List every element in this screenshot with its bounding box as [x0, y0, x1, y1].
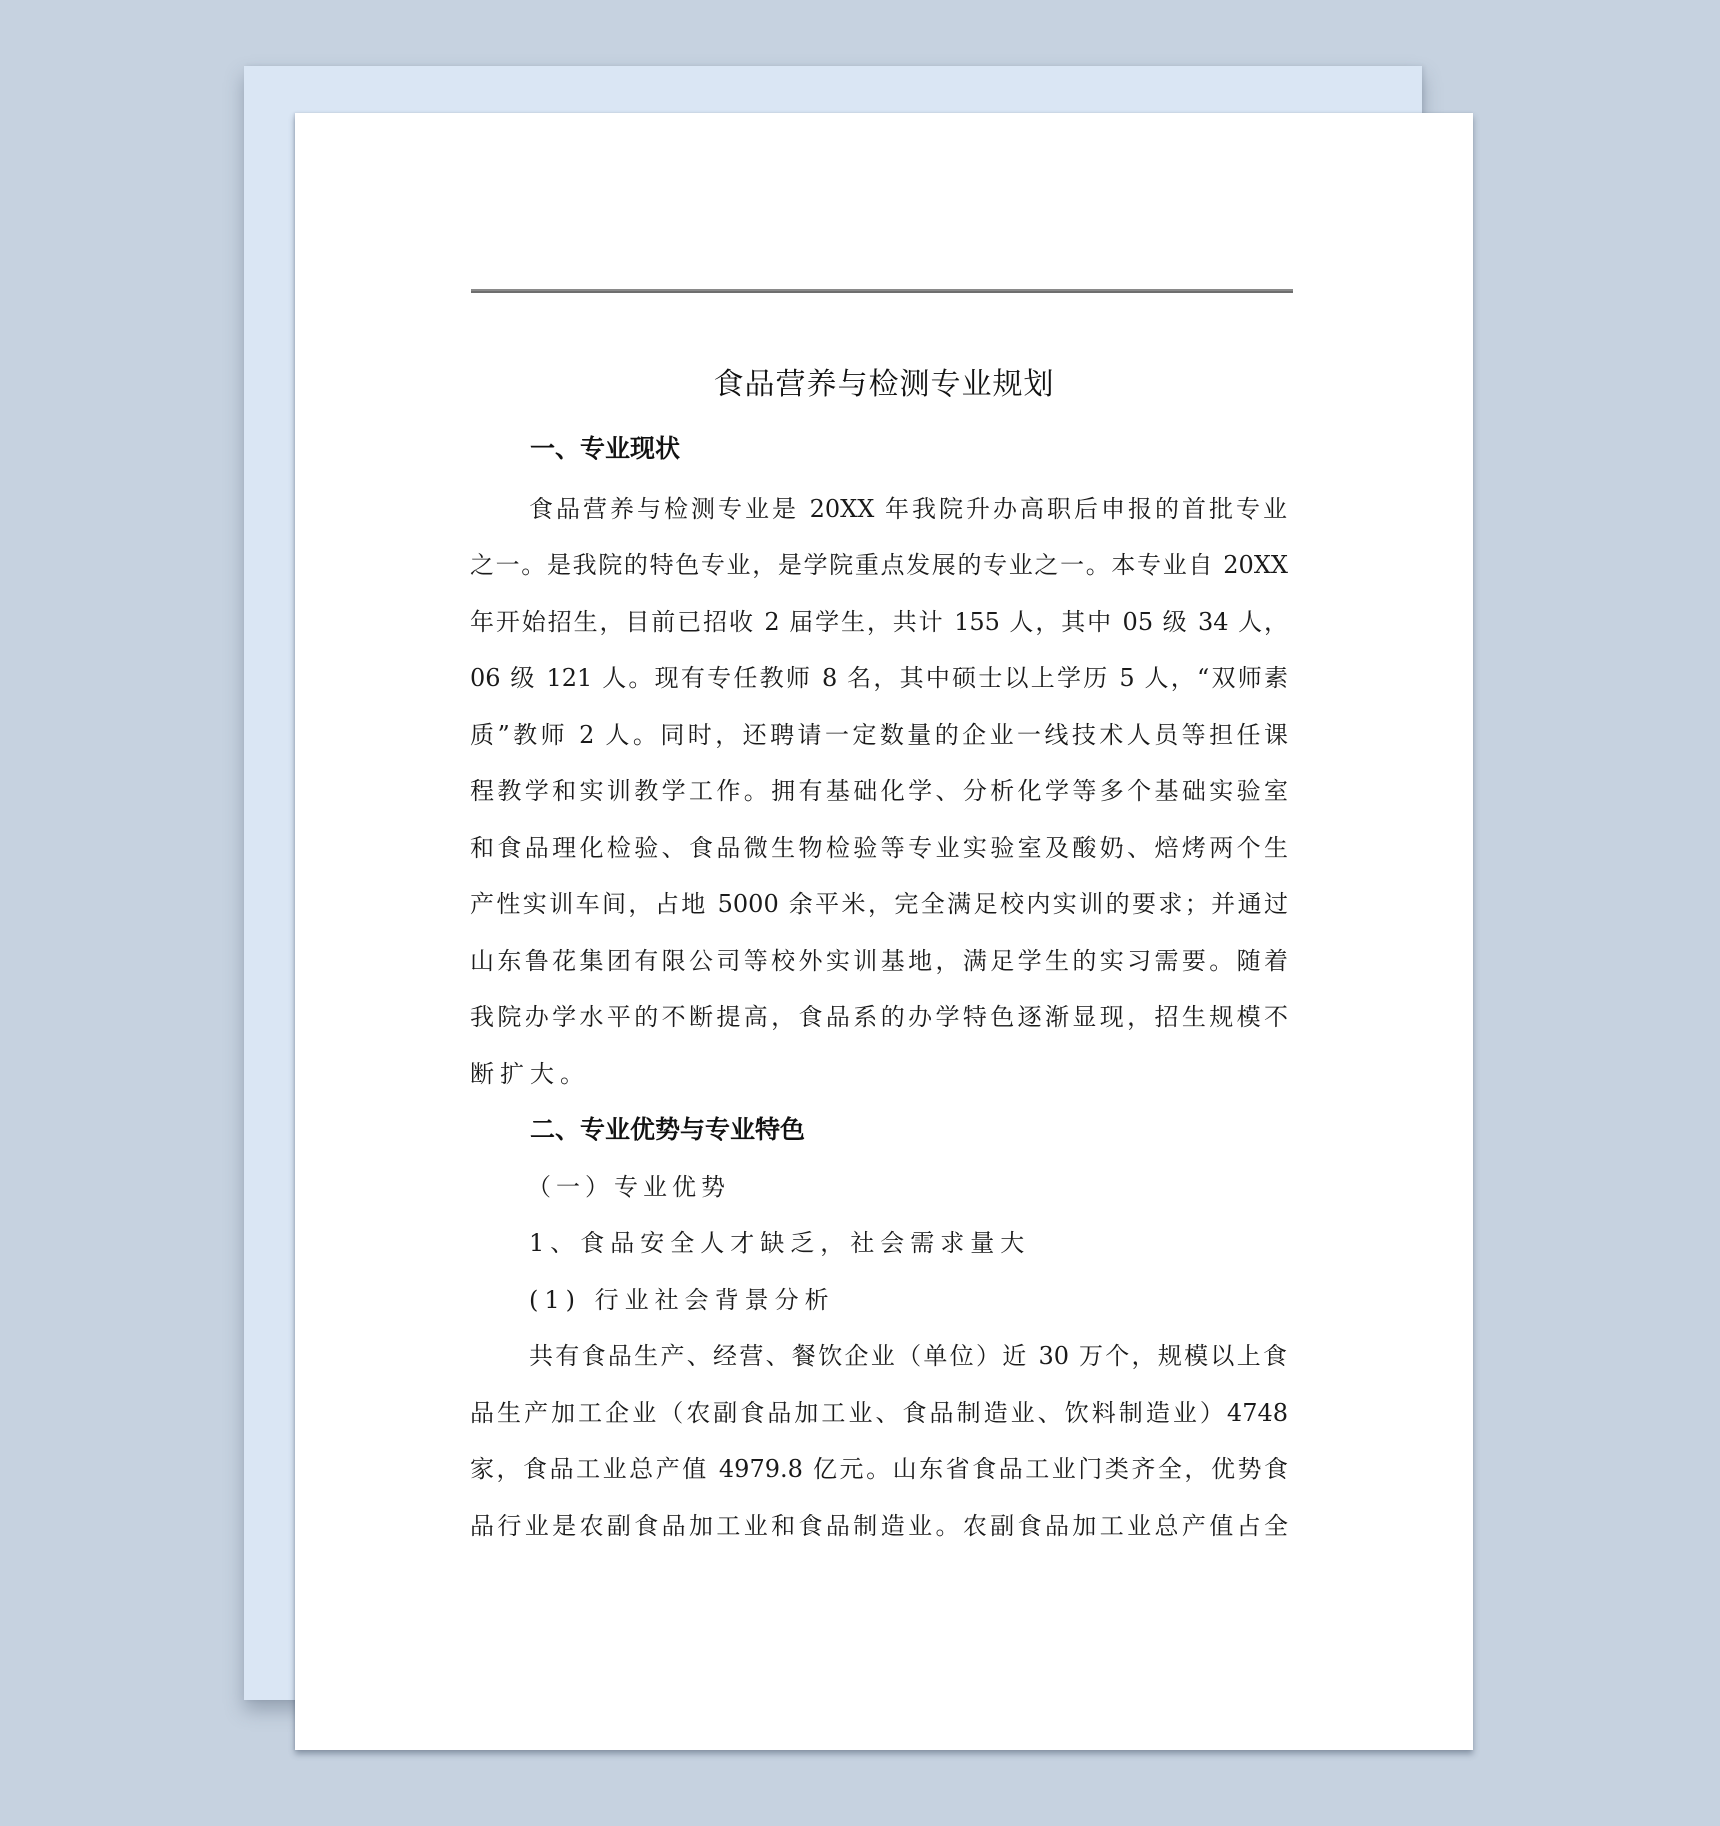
paragraph-line: 之一。是我院的特色专业，是学院重点发展的专业之一。本专业自 20XX [470, 549, 1288, 581]
paragraph-line: 年开始招生，目前已招收 2 届学生，共计 155 人，其中 05 级 34 人， [470, 606, 1288, 638]
section-heading-1: 一、专业现状 [530, 433, 1348, 465]
paragraph-line: 06 级 121 人。现有专任教师 8 名，其中硕士以上学历 5 人，“双师素 [470, 662, 1288, 694]
paragraph-line: 程教学和实训教学工作。拥有基础化学、分析化学等多个基础实验室 [470, 775, 1288, 807]
document-title: 食品营养与检测专业规划 [295, 359, 1473, 403]
document-page: 食品营养与检测专业规划 一、专业现状 食品营养与检测专业是 20XX 年我院升办… [295, 113, 1473, 1750]
paragraph-line: 食品营养与检测专业是 20XX 年我院升办高职后申报的首批专业 [529, 493, 1287, 525]
paragraph-line: 和食品理化检验、食品微生物检验等专业实验室及酸奶、焙烤两个生 [470, 832, 1288, 864]
paragraph-line: 断扩大。 [470, 1058, 1288, 1090]
paragraph-line: 品行业是农副食品加工业和食品制造业。农副食品加工业总产值占全 [470, 1510, 1288, 1542]
subsection-heading: （一）专业优势 [527, 1171, 1345, 1203]
paragraph-line: 共有食品生产、经营、餐饮企业（单位）近 30 万个，规模以上食 [529, 1340, 1287, 1372]
paragraph-line: 产性实训车间，占地 5000 余平米，完全满足校内实训的要求；并通过 [470, 888, 1288, 920]
paragraph-line: 品生产加工企业（农副食品加工业、食品制造业、饮料制造业）4748 [470, 1397, 1288, 1429]
list-subitem-heading: (1) 行业社会背景分析 [529, 1284, 1347, 1316]
header-rule [471, 289, 1293, 293]
paragraph-line: 家，食品工业总产值 4979.8 亿元。山东省食品工业门类齐全，优势食 [470, 1453, 1288, 1485]
section-heading-2: 二、专业优势与专业特色 [530, 1114, 1348, 1146]
paragraph-line: 我院办学水平的不断提高，食品系的办学特色逐渐显现，招生规模不 [470, 1001, 1288, 1033]
paragraph-line: 山东鲁花集团有限公司等校外实训基地，满足学生的实习需要。随着 [470, 945, 1288, 977]
list-item-heading: 1、食品安全人才缺乏，社会需求量大 [529, 1227, 1347, 1259]
paragraph-line: 质”教师 2 人。同时，还聘请一定数量的企业一线技术人员等担任课 [470, 719, 1288, 751]
